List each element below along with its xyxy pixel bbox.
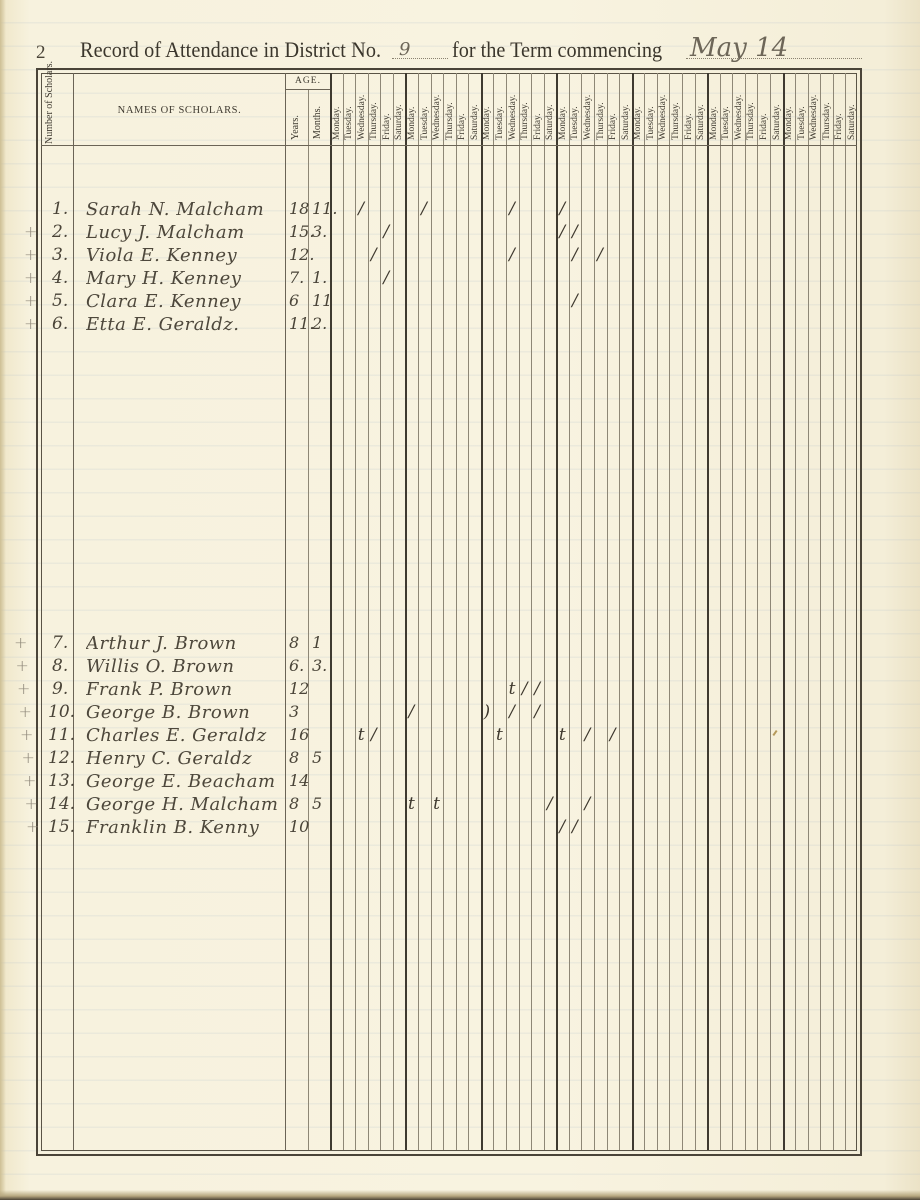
header-day-friday: Friday. — [683, 78, 695, 140]
header-day-saturday: Saturday. — [393, 78, 405, 140]
header-day-friday: Friday. — [456, 78, 468, 140]
attendance-mark: / — [355, 199, 367, 219]
header-age: AGE. — [286, 76, 330, 86]
scholar-number: 13. — [48, 771, 75, 791]
scholar-name: Clara E. Kenney — [86, 291, 286, 312]
age-months: 1. — [312, 268, 327, 287]
attendance-mark: / — [380, 268, 392, 288]
header-day-monday: Monday. — [481, 78, 493, 140]
header-day-monday: Monday. — [557, 78, 569, 140]
scholar-number: 1. — [52, 199, 68, 219]
scholar-name: Sarah N. Malcham — [86, 199, 286, 220]
age-months: 5 — [312, 748, 322, 767]
tardy-mark: t — [506, 679, 518, 699]
scholar-name: Lucy J. Malcham — [86, 222, 286, 243]
header-months: Months. — [312, 93, 324, 139]
attendance-mark: / — [569, 817, 581, 837]
term-start-date: May 14 — [690, 33, 788, 63]
scholar-number: 8. — [52, 656, 68, 676]
header-day-saturday: Saturday. — [846, 78, 858, 140]
page-bottom-edge — [0, 1190, 920, 1200]
ledger-page: 2 Record of Attendance in District No. 9… — [0, 0, 920, 1200]
scholar-row: +7.Arthur J. Brown81 — [0, 633, 920, 656]
tardy-mark: t — [431, 794, 443, 814]
header-day-wednesday: Wednesday. — [356, 78, 368, 140]
margin-pencil-mark: + — [22, 748, 35, 767]
age-years: 18 — [289, 199, 309, 218]
scholar-number: 7. — [52, 633, 68, 653]
scholar-row: +15.Franklin B. Kenny10// — [0, 817, 920, 840]
age-years: 11. — [289, 314, 314, 333]
scholar-number: 11. — [48, 725, 75, 745]
age-years: 8 — [289, 748, 299, 767]
margin-pencil-mark: + — [16, 656, 29, 675]
attendance-mark: / — [556, 222, 568, 242]
margin-pencil-mark: + — [19, 702, 32, 721]
scholar-row: +11.Charles E. Geraldz16t/tt// — [0, 725, 920, 748]
header-day-saturday: Saturday. — [771, 78, 783, 140]
scholar-number: 2. — [52, 222, 68, 242]
header-day-friday: Friday. — [532, 78, 544, 140]
age-years: 7. — [289, 268, 304, 287]
page-title: Record of Attendance in District No. — [80, 37, 381, 63]
scholar-row: +2.Lucy J. Malcham15.3./// — [0, 222, 920, 245]
scholar-number: 9. — [52, 679, 68, 699]
scholar-number: 6. — [52, 314, 68, 334]
age-years: 12. — [289, 245, 314, 264]
header-day-tuesday: Tuesday. — [569, 78, 581, 140]
header-day-thursday: Thursday. — [745, 78, 757, 140]
attendance-mark: / — [506, 702, 518, 722]
header-day-wednesday: Wednesday. — [431, 78, 443, 140]
margin-pencil-mark: + — [24, 314, 37, 333]
attendance-mark: ) — [481, 702, 493, 722]
attendance-mark: / — [569, 291, 581, 311]
scholar-number: 4. — [52, 268, 68, 288]
attendance-mark: / — [607, 725, 619, 745]
header-day-thursday: Thursday. — [670, 78, 682, 140]
attendance-mark: / — [380, 222, 392, 242]
age-months: 3. — [312, 222, 327, 241]
scholar-number: 14. — [48, 794, 75, 814]
attendance-mark: / — [531, 702, 543, 722]
tardy-mark: t — [405, 794, 417, 814]
header-day-monday: Monday. — [406, 78, 418, 140]
age-months: 11. — [312, 199, 337, 218]
header-day-wednesday: Wednesday. — [733, 78, 745, 140]
header-day-tuesday: Tuesday. — [419, 78, 431, 140]
scholar-name: Etta E. Geraldz. — [86, 314, 286, 335]
header-day-thursday: Thursday. — [595, 78, 607, 140]
attendance-mark: / — [581, 725, 593, 745]
margin-pencil-mark: + — [25, 794, 38, 813]
header-day-tuesday: Tuesday. — [494, 78, 506, 140]
age-years: 8 — [289, 794, 299, 813]
header-day-friday: Friday. — [381, 78, 393, 140]
scholar-name: Henry C. Geraldz — [86, 748, 286, 769]
header-bottom-rule — [41, 145, 857, 146]
scholar-name: Franklin B. Kenny — [86, 817, 286, 838]
page-left-edge — [0, 0, 6, 1200]
scholar-number: 5. — [52, 291, 68, 311]
margin-pencil-mark: + — [17, 679, 30, 698]
attendance-mark: / — [531, 679, 543, 699]
header-day-wednesday: Wednesday. — [507, 78, 519, 140]
age-months: 1 — [312, 633, 322, 652]
age-header-divider — [286, 89, 330, 90]
age-years: 3 — [289, 702, 299, 721]
scholar-row: +6.Etta E. Geraldz.11.2. — [0, 314, 920, 337]
header-day-wednesday: Wednesday. — [808, 78, 820, 140]
header-day-wednesday: Wednesday. — [582, 78, 594, 140]
scholar-name: Mary H. Kenney — [86, 268, 286, 289]
age-years: 8 — [289, 633, 299, 652]
scholar-name: Charles E. Geraldz — [86, 725, 286, 746]
header-day-tuesday: Tuesday. — [720, 78, 732, 140]
scholar-number: 3. — [52, 245, 68, 265]
header-years: Years. — [290, 100, 302, 140]
age-months: 5 — [312, 794, 322, 813]
attendance-mark: / — [594, 245, 606, 265]
tardy-mark: t — [493, 725, 505, 745]
scholar-row: 1.Sarah N. Malcham1811.//// — [0, 199, 920, 222]
margin-pencil-mark: + — [24, 291, 37, 310]
age-years: 6 — [289, 291, 299, 310]
header-day-wednesday: Wednesday. — [657, 78, 669, 140]
attendance-mark: / — [569, 222, 581, 242]
margin-pencil-mark: + — [14, 633, 27, 652]
attendance-mark: / — [556, 199, 568, 219]
margin-pencil-mark: + — [24, 245, 37, 264]
margin-pencil-mark: + — [24, 222, 37, 241]
age-months: 3. — [312, 656, 327, 675]
header-day-monday: Monday. — [331, 78, 343, 140]
attendance-mark: / — [368, 245, 380, 265]
header-day-saturday: Saturday. — [469, 78, 481, 140]
header-day-monday: Monday. — [632, 78, 644, 140]
attendance-mark: / — [569, 245, 581, 265]
header-day-monday: Monday. — [708, 78, 720, 140]
header-day-tuesday: Tuesday. — [645, 78, 657, 140]
attendance-mark: / — [519, 679, 531, 699]
scholar-row: +12.Henry C. Geraldz85 — [0, 748, 920, 771]
scholar-name: George H. Malcham — [86, 794, 286, 815]
attendance-mark: / — [368, 725, 380, 745]
attendance-mark: / — [506, 199, 518, 219]
scholar-row: +10.George B. Brown3/)// — [0, 702, 920, 725]
header-day-friday: Friday. — [607, 78, 619, 140]
scholar-number: 12. — [48, 748, 75, 768]
scholar-name: Arthur J. Brown — [86, 633, 286, 654]
scholar-name: Frank P. Brown — [86, 679, 286, 700]
scholar-row: +13.George E. Beacham14 — [0, 771, 920, 794]
attendance-mark: / — [418, 199, 430, 219]
attendance-mark: / — [544, 794, 556, 814]
header-day-thursday: Thursday. — [444, 78, 456, 140]
header-day-saturday: Saturday. — [544, 78, 556, 140]
age-years: 12 — [289, 679, 309, 698]
age-years: 10 — [289, 817, 309, 836]
scholar-name: Willis O. Brown — [86, 656, 286, 677]
attendance-mark: / — [506, 245, 518, 265]
scholar-row: +3.Viola E. Kenney12.//// — [0, 245, 920, 268]
scholar-row: +9.Frank P. Brown12t// — [0, 679, 920, 702]
header-names-of-scholars: NAMES OF SCHOLARS. — [74, 105, 285, 116]
header-day-saturday: Saturday. — [695, 78, 707, 140]
term-label: for the Term commencing — [452, 37, 662, 63]
margin-pencil-mark: + — [24, 268, 37, 287]
header-day-saturday: Saturday. — [620, 78, 632, 140]
age-months: 11 — [312, 291, 332, 310]
attendance-mark: / — [581, 794, 593, 814]
scholar-row: +8.Willis O. Brown6.3. — [0, 656, 920, 679]
tardy-mark: t — [355, 725, 367, 745]
scholar-number: 10. — [48, 702, 75, 722]
scholar-row: +14.George H. Malcham85tt// — [0, 794, 920, 817]
header-day-friday: Friday. — [833, 78, 845, 140]
age-months: 2. — [312, 314, 327, 333]
header-day-monday: Monday. — [783, 78, 795, 140]
scholar-name: George B. Brown — [86, 702, 286, 723]
attendance-mark: / — [556, 817, 568, 837]
age-years: 14 — [289, 771, 309, 790]
header-number-of-scholars: Number of Scholars. — [44, 80, 55, 144]
scholar-number: 15. — [48, 817, 75, 837]
scholar-row: +4.Mary H. Kenney7.1./ — [0, 268, 920, 291]
district-number: 9 — [399, 39, 410, 60]
header-day-tuesday: Tuesday. — [796, 78, 808, 140]
age-years: 15. — [289, 222, 314, 241]
margin-pencil-mark: + — [26, 817, 39, 836]
header-day-thursday: Thursday. — [821, 78, 833, 140]
header-day-friday: Friday. — [758, 78, 770, 140]
scholar-row: +5.Clara E. Kenney611/ — [0, 291, 920, 314]
attendance-mark: / — [405, 702, 417, 722]
scholar-name: Viola E. Kenney — [86, 245, 286, 266]
age-years: 16 — [289, 725, 309, 744]
margin-pencil-mark: + — [23, 771, 36, 790]
tardy-mark: t — [556, 725, 568, 745]
scholar-name: George E. Beacham — [86, 771, 286, 792]
header-day-thursday: Thursday. — [519, 78, 531, 140]
header-day-tuesday: Tuesday. — [343, 78, 355, 140]
margin-pencil-mark: + — [20, 725, 33, 744]
header-day-thursday: Thursday. — [368, 78, 380, 140]
age-years: 6. — [289, 656, 304, 675]
